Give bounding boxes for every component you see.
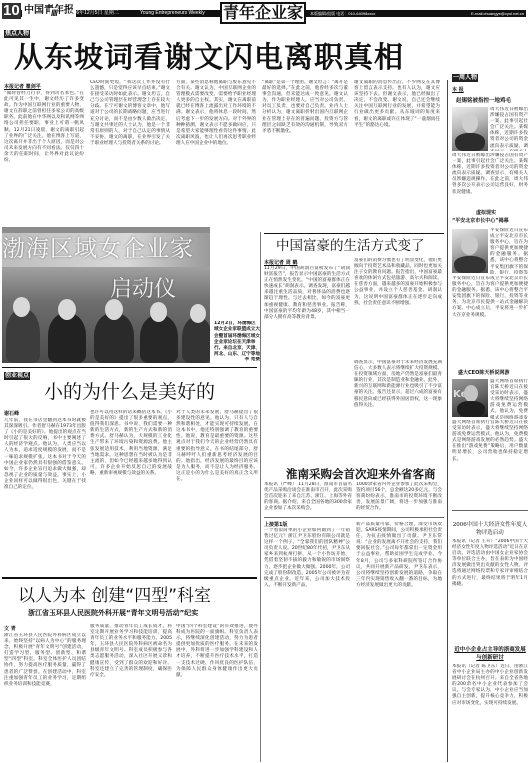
small-headline: 小的为什么是美好的 xyxy=(44,380,215,404)
lead-column-1: “做时曾经刀行争，得到功名本色。”在此可见其一生中，谢文经历了许多变故。作为中国… xyxy=(4,91,84,218)
person-4 xyxy=(140,315,178,363)
hospital-headline: 以人为本 创建“四型”科室 xyxy=(18,585,211,607)
sidebar-item-2-title: “平安北京市长中心”揭幕 xyxy=(452,218,509,225)
section-tag-viewpoint: 创业视点 xyxy=(4,372,30,380)
huainan-column-2: 1000余家省内外企业参加了此次采购会，签约项目56个，总金额达20多亿元。与会… xyxy=(356,482,442,512)
masthead-slashes: //// xyxy=(50,8,58,18)
sidebar-divider xyxy=(447,80,448,762)
sidebar-item-3-text-wrap: 盛大网络首席执行官陈天桥近日在接受采访时表示，盛大将继续坚持网络游戏免费运营模式… xyxy=(490,379,528,419)
sidebar-item-3-title: 盛大CEO陈天桥说网游 xyxy=(458,370,509,377)
section-tag-focus: 焦点人物 xyxy=(4,30,30,38)
hospital-column-1: 浙江省玉环县人民医院外科病区成立以来，始终坚持“以病人为中心”的服务理念，积极开… xyxy=(4,633,86,761)
photo-caption: 12月2日，环渤海区域女企业家联盟成立大会暨首届环渤海区域女企业家论坛在天津举行… xyxy=(214,321,260,357)
english-title: Young Entrepreneurs Weekly xyxy=(140,10,205,17)
women-entrepreneurs-photo: 渤海区域女企业家 启动仪 xyxy=(2,227,210,363)
lead-byline: 本报记者 瞿剑平 xyxy=(4,83,41,90)
sidebar-item-2-text: 平安保险近日宣布成立平安北京市长服务中心，旨在为客户提供更加便捷的金融服务。据悉… xyxy=(452,276,528,366)
lead-headline: 从东坡词看谢文闪电离职真相 xyxy=(14,40,404,74)
person-5-head xyxy=(190,304,206,323)
small-column-1: 几年前，我在书店里翻到这本书时就被其深深吸引。作者舒马赫在1973年出版了《小的… xyxy=(4,418,86,568)
sidebar-item-3-text: 盛大网络首席执行官陈天桥近日在接受采访时表示，盛大将继续坚持网络游戏免费运营模式… xyxy=(452,420,528,502)
portrait-photo-1 xyxy=(452,107,488,151)
divider xyxy=(264,233,444,234)
person-3-head xyxy=(105,299,123,320)
lead-column-2: CEO时间更短，“我这次工作并没有什么遗憾，只是觉得应该早点结束。”谢文在接受采… xyxy=(90,80,170,218)
hospital-column-2: 服务质量，推动青年员工成长成才。科室定期开展业务学习和技能培训，提高青年员工的业… xyxy=(90,624,172,761)
person-2 xyxy=(48,313,86,363)
portrait-3-body xyxy=(457,401,485,417)
portrait-photo-2 xyxy=(452,229,488,273)
person-4-head xyxy=(150,302,167,322)
bottom-column-1: 一个看似简单的小企业如何做到了一年销售过亿元？浙江尹卫东股份有限公司就是这样一个… xyxy=(264,528,350,761)
person-2-head xyxy=(58,299,76,320)
rich-column-3: 调查显示，中国富豪对于未来经济发展充满信心，大多数人表示将继续扩大投资规模。在投… xyxy=(354,360,442,462)
rich-column-1: 11月29日，中国胡润百富榜发布了“胡润财富报告”，报告显示中国富豪的生活方式正… xyxy=(264,266,350,462)
person-3 xyxy=(94,313,134,363)
issue-date: 2006年12月5日 星期二 xyxy=(68,10,119,17)
portrait-1-body xyxy=(455,133,485,151)
section-title: 青年企业家 xyxy=(220,2,306,24)
huainan-headline: 淮南采购会首次迎来外省客商 xyxy=(286,466,436,482)
small-column-2: 也许可以用这样的话来概括这本书。《小的是美好的》提出了很多重要的观点，值得我们深… xyxy=(90,410,172,568)
person-1-head xyxy=(13,297,30,317)
portrait-photo-3: Ke xyxy=(452,379,488,417)
divider xyxy=(2,577,257,579)
column-divider xyxy=(260,232,261,762)
bottom-column-2: 新产品质量可靠，价格合理，深受市场欢迎。SARS疫情期间，公司积极承担社会责任，… xyxy=(356,522,442,761)
huainan-column-1: 本报讯（严峰） 11月28日，淮南市首届名优产品采购洽谈会在淮南市召开，此次采购… xyxy=(264,482,352,512)
hospital-byline: 文 青 xyxy=(4,625,16,632)
rich-headline: 中国富豪的生活方式变了 xyxy=(276,237,425,255)
portrait-2-head xyxy=(461,235,478,255)
lead-column-4: “离职”是第一个理由。谢文坦言：“离开是最好的选择。”在此之前，他曾经多次与董事… xyxy=(262,80,348,230)
rich-column-2: 富豪们的消费习惯也有了明显变化，他们更倾向于投资艺术品和收藏品，同时也更加关注子… xyxy=(354,258,442,358)
person-5 xyxy=(182,317,210,363)
sidebar-item-1-text: 周大伟近日被曝出涉嫌侵占国有资产一案，此事引起社会广泛关注。某媒体称，近期许多投… xyxy=(452,153,528,205)
photo-credit: 李 宽摄 xyxy=(234,357,260,364)
lead-column-5: 谢文离职的消息传出后，不少网友在其博客上留言表示支持。也有人认为，谢文应该坚持下… xyxy=(354,80,440,230)
sidebar-item-2-label: 虚拟现实 xyxy=(476,210,496,217)
sidebar-item-5-text: 本报讯（记者 陈卫东）近日，由浙江省中小企业局主办的中小企业创新发展研讨会在杭州… xyxy=(452,664,528,761)
sidebar-item-4-text: 本报讯（记者 王开）“2006中国十大经济女性年度人物评选活动”近日在京启动。评… xyxy=(452,539,528,641)
divider xyxy=(452,510,528,511)
small-column-3: 对于人类的未来发展，舒马赫提出了很多建设性的意见。他认为，只有人与自然和谐相处，… xyxy=(176,410,258,568)
sidebar-item-5-title: 近中小企业占主导的浙商发展与创新研讨 xyxy=(454,646,526,662)
sidebar-byline: 本 报 xyxy=(452,86,464,93)
sidebar-item-2-text-wrap: 平安保险近日宣布成立平安北京市长服务中心，旨在为客户提供更加便捷的金融服务。据悉… xyxy=(490,228,528,274)
person-1 xyxy=(6,309,40,363)
hospital-subheadline: 浙江省玉环县人民医院外科开展“青年文明号活动”纪实 xyxy=(28,609,198,618)
portrait-3-head xyxy=(464,385,478,402)
rich-byline: 本报记者 周 鹤 xyxy=(264,259,297,266)
portrait-2-body xyxy=(454,256,486,273)
small-byline: 谢石峰 xyxy=(4,410,19,417)
editor-info: 本版编辑/组版 电话：010-64098xxxx xyxy=(310,10,375,17)
sidebar-item-1-text-wrap: 周大伟近日被曝出涉嫌侵占国有资产一案，此事引起社会广泛关注。某媒体称，近期许多投… xyxy=(490,107,528,151)
portrait-1-head xyxy=(462,113,478,133)
continued-tag: 上接第1版 xyxy=(264,521,287,528)
sidebar-item-1-title: 赵锡铭被指控一地鸡毛 xyxy=(456,97,511,105)
email-info: E-mail:chuangye@cyol.net.cn xyxy=(471,10,524,17)
hospital-column-3: 中国“四个科室建设”的有效推进，使外科成为医院的一面旗帜。科室负责人表示，将继续… xyxy=(176,624,258,761)
divider xyxy=(2,367,257,368)
lead-column-3: 方面，某些消息称他离职与股东意见不合有关。谢文认为，中国互联网企业的管理模式需要… xyxy=(176,80,256,218)
photo-banner-text: 渤海区域女企业家 xyxy=(2,235,194,263)
sidebar-item-4-title: 2006中国十大经济女性年度人物评选启动 xyxy=(452,521,528,537)
photo-banner-sub: 启动仪 xyxy=(110,277,176,303)
masthead: 10 中国青年报 //// 2006年12月5日 星期二 Young Entre… xyxy=(0,0,530,26)
section-tag-weekly-people: 一周人物 xyxy=(452,74,478,82)
divider xyxy=(264,517,444,518)
page-number: 10 xyxy=(2,3,21,19)
